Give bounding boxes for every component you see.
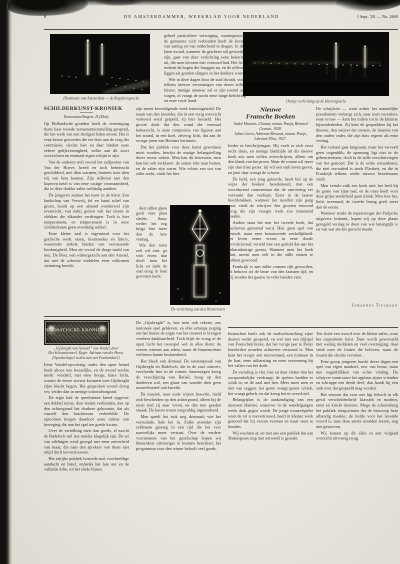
book-references: André Maurois, Climats, roman. Parijs, B…: [228, 122, 313, 141]
paragraph: (Openluchtspel in den tuin van Frankenda…: [40, 355, 132, 360]
schilderkunst-kroniek-title: SCHILDERKUNST-KRONIEK: [44, 106, 129, 112]
dramatische-text-4: Ten slotte een woord over de kleine zale…: [316, 331, 398, 441]
paragraph: De jongeren zoeken het meer in de kleur.…: [44, 193, 129, 230]
fransche-text-3: leeder in beschrijvingen. Hij voelt er z…: [228, 143, 313, 280]
intro-column: geheel particuliere verzorging, waartege…: [164, 33, 246, 105]
paragraph: Eene Vondel-opvoering onder den open hem…: [44, 362, 129, 394]
night-photo-reguliersgracht: [50, 34, 150, 94]
paragraph: Het verhaal gaat langzaam, maar het verv…: [316, 144, 398, 181]
masthead-title: DE AMSTERDAMMER, WEEKBLAD VOOR NEDERLAND: [124, 14, 279, 19]
paragraph: Men vertale zulk een boek niet: het leef…: [316, 183, 398, 210]
paragraph: Eene kleine zaal is ingeruimd voor het g…: [44, 231, 129, 268]
paragraph: Intusschen heeft ook de stadsschouwburg …: [228, 331, 313, 368]
page-number: 8: [44, 15, 46, 20]
paragraph: Men speelt het stuk nog driemaal; wie he…: [136, 414, 221, 451]
issue-date-number: 1 Sept. '28. — No. 2669: [357, 14, 398, 19]
dramatische-text-1: Eene Vondel-opvoering onder den open hem…: [44, 362, 129, 472]
tower-photo-image: [170, 205, 230, 305]
header-rule: [44, 29, 398, 30]
dramatische-column-2: De „Gijsbreght” is, hoe men ook rekene, …: [136, 320, 221, 557]
paragraph: zijn meest bevredigende werk tentoongest…: [136, 106, 221, 143]
dramatische-text-3: Intusschen heeft ook de stadsschouwburg …: [228, 331, 313, 441]
paragraph: De vertaling is vlot, hier en daar vlott…: [228, 369, 313, 396]
paragraph: Anders staat het met het tweede boek, da…: [228, 220, 313, 263]
paragraph: Wij wachten af, en met ons een publiek d…: [228, 430, 313, 441]
dramatische-column-4: Ten slotte een woord over de kleine zale…: [316, 331, 398, 557]
night-photo-westertoren: [170, 205, 230, 305]
dramatische-column-3: Intusschen heeft ook de stadsschouwburg …: [228, 331, 313, 557]
paragraph: Belangrijker is de aankondiging van een …: [228, 397, 313, 429]
paragraph: Wanneer straks de najaarsoogst der Parij…: [316, 211, 398, 232]
paragraph: De held, een jong geleerde, heeft lief o…: [228, 176, 313, 219]
schilderkunst-text-2: zijn meest bevredigende werk tentoongest…: [136, 106, 221, 177]
paragraph: leeder in beschrijvingen. Hij voelt er z…: [228, 143, 313, 175]
schilderkunst-text-1: Op Hollandsche gronden heeft de vereenig…: [44, 121, 129, 268]
dramatische-caption: „Gijsbreght van Aemstel” van Vondel, doo…: [40, 346, 132, 361]
article-signature: Johannes Tielrooy: [316, 303, 398, 312]
fransche-boeken-title-line2: Fransche Boeken: [228, 113, 313, 120]
fransche-boeken-column-4: De schrijfster — want achter het manneli…: [316, 106, 398, 302]
paragraph: dien stillen glans geeft onze plaat slec…: [136, 206, 167, 242]
paragraph: Wij komen op dit alles in een volgend ov…: [316, 430, 398, 441]
caption-left-photo: Illuminatie van Amsterdam — de Reguliers…: [44, 96, 158, 105]
newspaper-page: 8 DE AMSTERDAMMER, WEEKBLAD VOOR NEDERLA…: [0, 0, 400, 564]
paragraph: Ten slotte een woord over de kleine zale…: [316, 331, 398, 358]
dramatische-column-1: Eene Vondel-opvoering onder den open hem…: [44, 362, 129, 557]
night-photo-right-image: [243, 32, 389, 96]
dramatische-text-2: De „Gijsbreght” is, hoe men ook rekene, …: [136, 320, 221, 451]
paragraph: Wie in deze dagen door de stad dwaalt, v…: [164, 77, 246, 104]
schilderkunst-column-2-narrow: dien stillen glans geeft onze plaat slec…: [136, 206, 167, 305]
paragraph: geheel particuliere verzorging, waartege…: [164, 33, 246, 76]
section-rule-right: [228, 327, 398, 328]
paragraph: Het talrijke publiek luisterde met voorb…: [44, 456, 129, 472]
paragraph: Dat het publiek voor deze kunst gewonnen…: [136, 144, 221, 176]
paragraph: Het seizoen dat voor ons ligt belooft in…: [316, 392, 398, 429]
paragraph: De regie had de speelruimte breed opgeva…: [44, 395, 129, 427]
section-rule-left: [44, 316, 221, 317]
paragraph: De schrijfster — want achter het manneli…: [316, 106, 398, 143]
paragraph: Het bleek ook ditmaal. De samenspraak va…: [136, 358, 221, 390]
dramatische-caption-lines: „Gijsbreght van Aemstel” van Vondel, doo…: [40, 346, 132, 360]
scan-edge-left: [0, 0, 12, 564]
schilderkunst-subtitle: Tentoonstellingen. II (Slot).: [44, 115, 129, 120]
dramatische-kroniek-banner: DRAMATISCHE KRONIEK: [44, 320, 110, 345]
scan-blotch-top-right: [336, 0, 400, 11]
schilderkunst-column-2: zijn meest bevredigende werk tentoongest…: [136, 106, 221, 203]
schilderkunst-text-narrow: dien stillen glans geeft onze plaat slec…: [136, 206, 167, 279]
page-header: 8 DE AMSTERDAMMER, WEEKBLAD VOOR NEDERLA…: [44, 14, 398, 27]
night-photo-heerengracht: [243, 32, 389, 96]
night-photo-left-image: [50, 34, 150, 94]
paragraph: De „Gijsbreght” is, hoe men ook rekene, …: [136, 320, 221, 357]
paragraph: Wie den toren zelf wil zien, ga vóór elv…: [136, 243, 167, 279]
paragraph: Van de ouderen treft vooral het zelfport…: [44, 159, 129, 191]
paragraph: Frankrijk is aan zulke romans rijk gewor…: [228, 264, 313, 280]
paragraph: Over de vertolking niets dan goeds, al m…: [44, 428, 129, 455]
paragraph: Eene groep jongeren bracht dezer dagen e…: [316, 359, 398, 391]
title-divider: [80, 113, 93, 114]
paragraph: Julien Green, Adrienne Mesurat, roman. P…: [228, 132, 313, 141]
fransche-boeken-column-3: Nieuwe Fransche Boeken André Maurois, Cl…: [228, 106, 313, 324]
schilderkunst-column-1: SCHILDERKUNST-KRONIEK Tentoonstellingen.…: [44, 106, 129, 314]
fransche-text-4: De schrijfster — want achter het manneli…: [316, 106, 398, 232]
paragraph: Op Hollandsche gronden heeft de vereenig…: [44, 121, 129, 158]
paragraph: De muziek, naar oude wijzen bewerkt, hie…: [136, 392, 221, 413]
paragraph: André Maurois, Climats, roman. Parijs, B…: [228, 122, 313, 131]
dramatische-kroniek-title: DRAMATISCHE KRONIEK: [45, 328, 104, 333]
